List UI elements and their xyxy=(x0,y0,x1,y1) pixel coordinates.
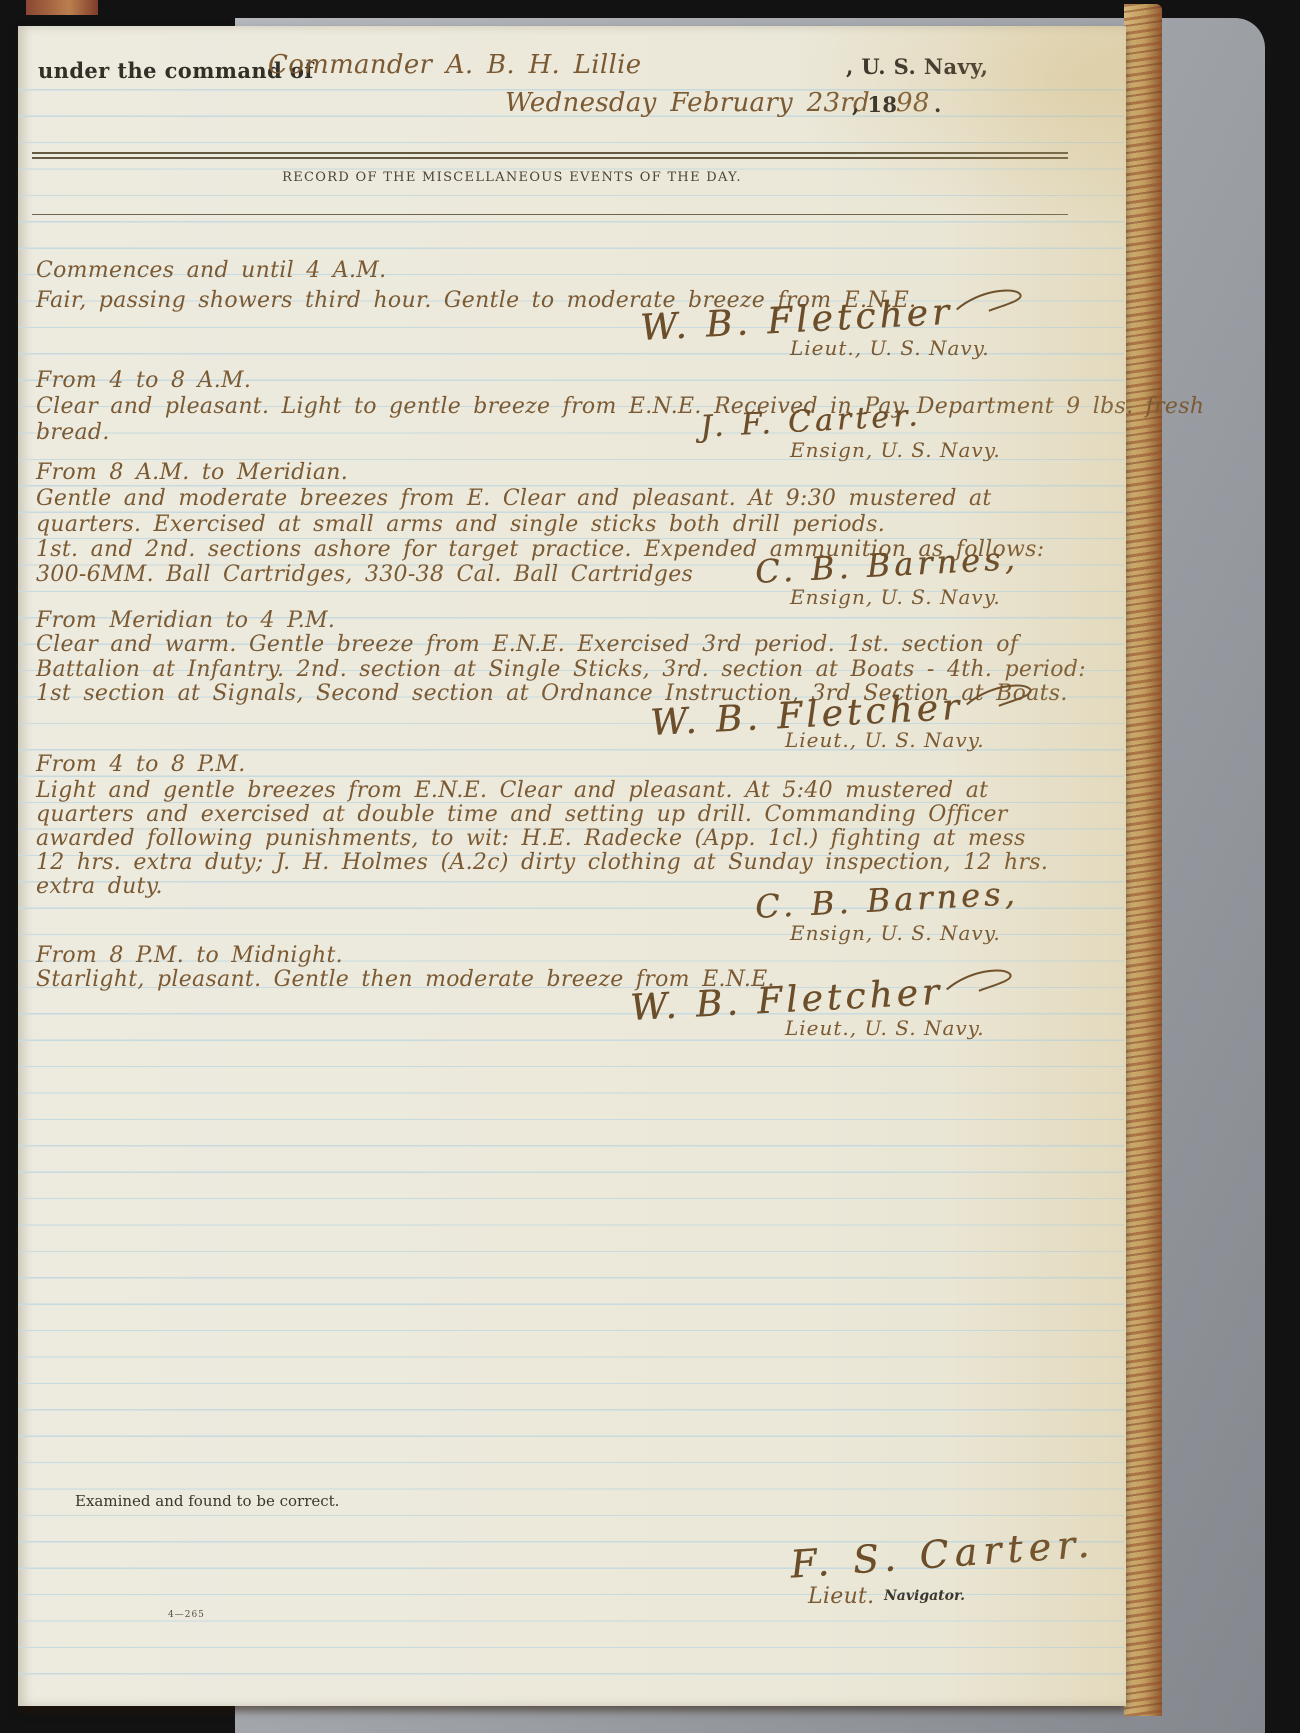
entry-body-line: 300-6MM. Ball Cartridges, 330-38 Cal. Ba… xyxy=(36,562,693,587)
section-title-rule xyxy=(32,214,1068,215)
header-rule-top xyxy=(32,152,1068,154)
handwritten-year: 98 xyxy=(896,88,930,118)
entry-body-line: Gentle and moderate breezes from E. Clea… xyxy=(36,486,992,511)
entry-heading: From 8 P.M. to Midnight. xyxy=(36,943,343,968)
book-cover-edge xyxy=(26,0,98,15)
entry-body-line: awarded following punishments, to wit: H… xyxy=(36,826,1026,851)
navigator-rank-handwritten: Lieut. xyxy=(808,1584,874,1609)
signature-name: C. B. Barnes, xyxy=(754,874,1019,926)
entry-body-line: Battalion at Infantry. 2nd. section at S… xyxy=(36,657,1086,682)
photograph-background: under the command of Commander A. B. H. … xyxy=(0,0,1300,1733)
form-number: 4—265 xyxy=(168,1610,205,1620)
signature-title: Ensign, U. S. Navy. xyxy=(790,585,1001,609)
navigator-signature: F. S. Carter. xyxy=(789,1521,1096,1586)
signature-title: Ensign, U. S. Navy. xyxy=(790,921,1001,945)
signature-title: Lieut., U. S. Navy. xyxy=(785,728,985,752)
entry-body-line: 12 hrs. extra duty; J. H. Holmes (A.2c) … xyxy=(36,850,1048,875)
signature-title: Ensign, U. S. Navy. xyxy=(790,438,1001,462)
entry-heading: Commences and until 4 A.M. xyxy=(36,258,386,283)
signature-name: F. S. Carter. xyxy=(789,1521,1096,1586)
signature-flourish-icon xyxy=(954,286,1025,316)
handwritten-date: Wednesday February 23rd xyxy=(505,88,870,118)
entry-body-line: Clear and warm. Gentle breeze from E.N.E… xyxy=(36,632,1018,657)
printed-year-period: . xyxy=(934,92,942,117)
header-rule-bottom xyxy=(32,157,1068,159)
entry-body-line: Clear and pleasant. Light to gentle bree… xyxy=(36,394,1204,419)
signature: C. B. Barnes, xyxy=(754,874,1019,926)
entry-heading: From Meridian to 4 P.M. xyxy=(36,608,335,633)
printed-us-navy: , U. S. Navy, xyxy=(846,54,988,79)
logbook-page: under the command of Commander A. B. H. … xyxy=(18,26,1126,1706)
entry-heading: From 4 to 8 P.M. xyxy=(36,752,246,777)
entry-body-line: quarters and exercised at double time an… xyxy=(36,802,1008,827)
signature-flourish-icon xyxy=(944,966,1015,996)
entry-heading: From 4 to 8 A.M. xyxy=(36,368,251,393)
section-title: RECORD OF THE MISCELLANEOUS EVENTS OF TH… xyxy=(18,170,1006,185)
signature-title: Lieut., U. S. Navy. xyxy=(790,336,990,360)
entry-body-line: Light and gentle breezes from E.N.E. Cle… xyxy=(36,778,988,803)
page-block-fore-edge xyxy=(1124,4,1162,1716)
handwritten-commander-name: Commander A. B. H. Lillie xyxy=(268,50,641,80)
entry-body-line: extra duty. xyxy=(36,874,163,899)
entry-body-line: quarters. Exercised at small arms and si… xyxy=(36,512,885,537)
printed-year-prefix: , 18 xyxy=(852,92,897,117)
entry-heading: From 8 A.M. to Meridian. xyxy=(36,460,348,485)
signature-title: Lieut., U. S. Navy. xyxy=(785,1016,985,1040)
examined-statement: Examined and found to be correct. xyxy=(75,1492,339,1510)
signature-flourish-icon xyxy=(964,681,1035,711)
printed-navigator-label: Navigator. xyxy=(884,1588,965,1604)
entry-body-line: bread. xyxy=(36,420,110,445)
